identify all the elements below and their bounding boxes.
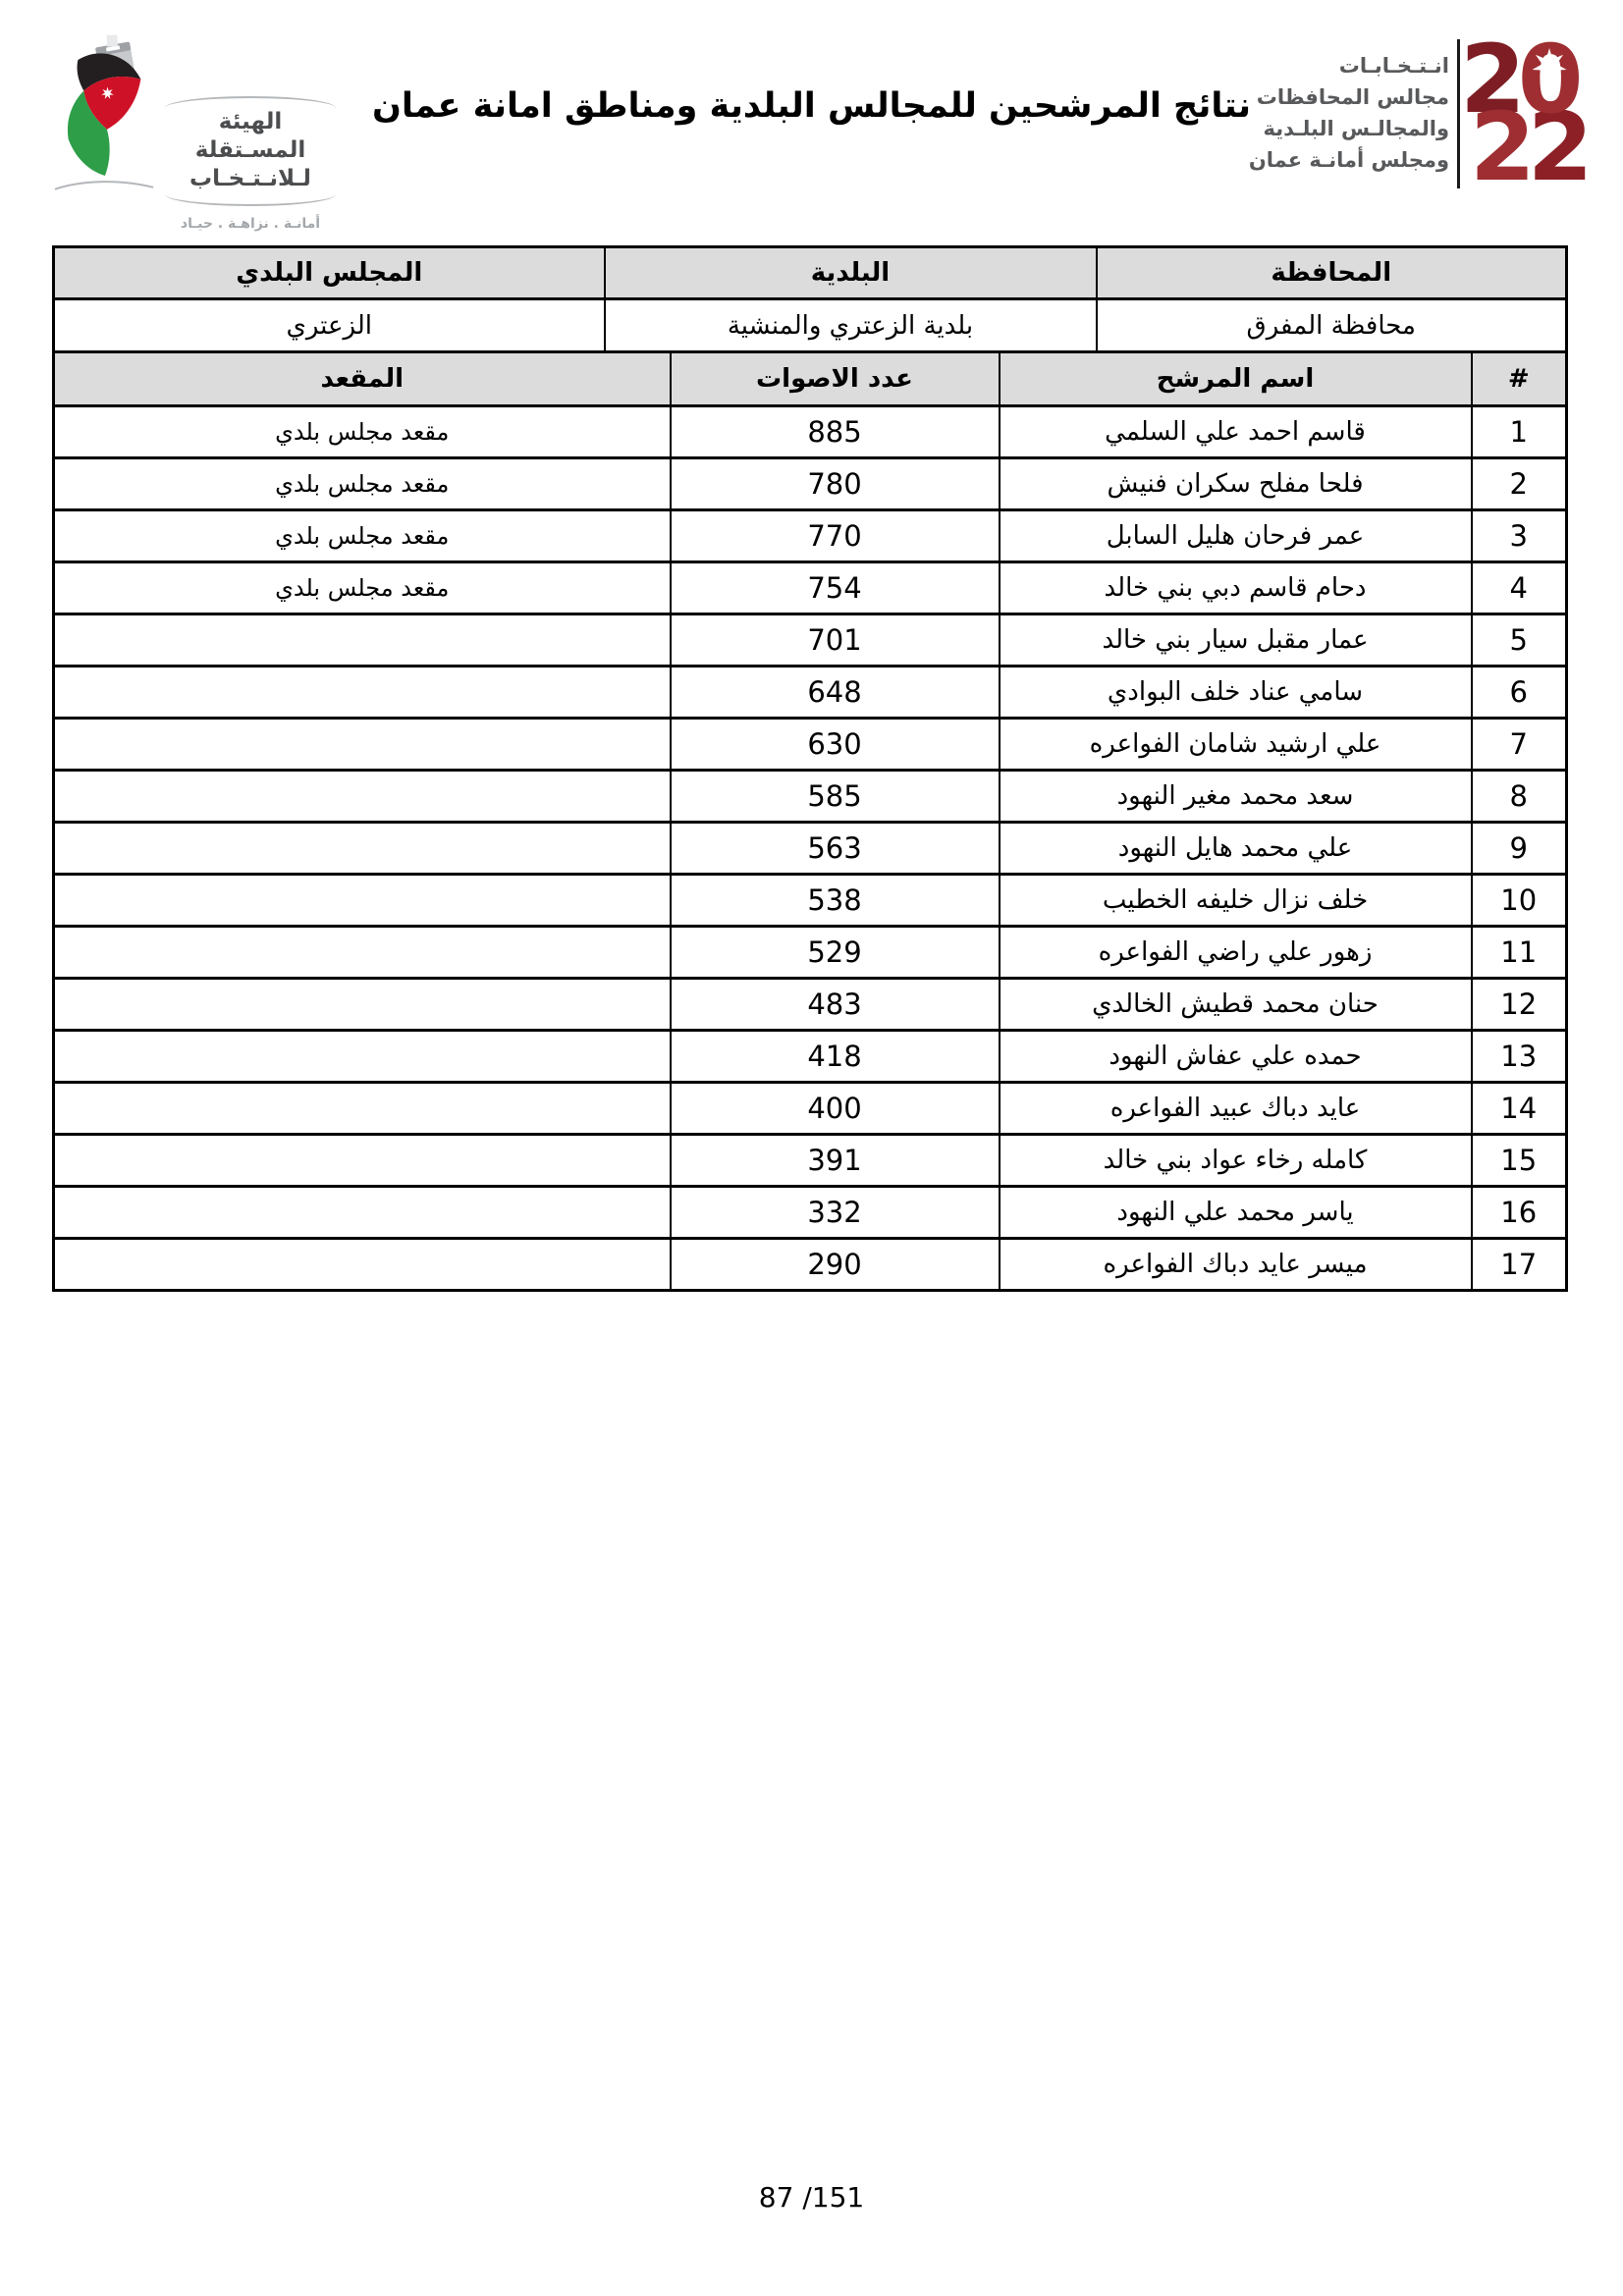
table-row: 16ياسر محمد علي النهود332 xyxy=(54,1187,1567,1239)
vote-count: 391 xyxy=(671,1135,1000,1187)
page-number: 87 /151 xyxy=(0,2181,1623,2214)
vote-count: 418 xyxy=(671,1031,1000,1083)
seat-value xyxy=(54,875,671,927)
table-row: 1قاسم احمد علي السلمي885مقعد مجلس بلدي xyxy=(54,406,1567,458)
table-row: 7علي ارشيد شامان الفواعره630 xyxy=(54,719,1567,771)
vote-count: 780 xyxy=(671,458,1000,510)
vote-count: 400 xyxy=(671,1083,1000,1135)
vote-count: 563 xyxy=(671,823,1000,875)
governorate-header: المحافظة xyxy=(1097,247,1567,299)
candidate-name: زهور علي راضي الفواعره xyxy=(1000,927,1472,979)
seat-value: مقعد مجلس بلدي xyxy=(54,510,671,562)
iec-org-name-line2: لـلانـتـخـاب xyxy=(161,165,340,193)
candidate-name: علي ارشيد شامان الفواعره xyxy=(1000,719,1472,771)
candidate-name: حنان محمد قطيش الخالدي xyxy=(1000,979,1472,1031)
row-number: 11 xyxy=(1472,927,1567,979)
table-row: 11زهور علي راضي الفواعره529 xyxy=(54,927,1567,979)
candidate-name: سامي عناد خلف البوادي xyxy=(1000,667,1472,719)
vote-count: 630 xyxy=(671,719,1000,771)
table-row: 14عايد دباك عبيد الفواعره400 xyxy=(54,1083,1567,1135)
document-page: الهيئة المسـتقلة لـلانـتـخـاب أمانـة . ن… xyxy=(0,0,1623,2296)
row-number: 17 xyxy=(1472,1239,1567,1291)
candidate-name: علي محمد هايل النهود xyxy=(1000,823,1472,875)
row-number: 14 xyxy=(1472,1083,1567,1135)
row-number: 15 xyxy=(1472,1135,1567,1187)
table-row: 5عمار مقبل سيار بني خالد701 xyxy=(54,614,1567,667)
seat-value: مقعد مجلس بلدي xyxy=(54,562,671,614)
row-number: 5 xyxy=(1472,614,1567,667)
results-header-row: # اسم المرشح عدد الاصوات المقعد xyxy=(54,352,1567,406)
seat-value xyxy=(54,1031,671,1083)
row-number: 8 xyxy=(1472,771,1567,823)
row-number: 9 xyxy=(1472,823,1567,875)
seat-header: المقعد xyxy=(54,352,671,406)
vote-count: 585 xyxy=(671,771,1000,823)
vote-count: 483 xyxy=(671,979,1000,1031)
row-number: 13 xyxy=(1472,1031,1567,1083)
candidates-results-table: # اسم المرشح عدد الاصوات المقعد 1قاسم اح… xyxy=(52,350,1568,1292)
candidate-name: سعد محمد مغير النهود xyxy=(1000,771,1472,823)
seat-value xyxy=(54,1187,671,1239)
seat-value xyxy=(54,927,671,979)
table-row: 4دحام قاسم دبي بني خالد754مقعد مجلس بلدي xyxy=(54,562,1567,614)
governorate-value: محافظة المفرق xyxy=(1097,299,1567,352)
candidate-name: عايد دباك عبيد الفواعره xyxy=(1000,1083,1472,1135)
row-number: 6 xyxy=(1472,667,1567,719)
vote-count: 538 xyxy=(671,875,1000,927)
election-text-line4: ومجلس أمانـة عمان xyxy=(1249,145,1449,177)
seat-value xyxy=(54,771,671,823)
row-number: 16 xyxy=(1472,1187,1567,1239)
seat-value: مقعد مجلس بلدي xyxy=(54,406,671,458)
location-info-table: المحافظة البلدية المجلس البلدي محافظة ال… xyxy=(52,245,1568,353)
table-row: 3عمر فرحان هليل السابل770مقعد مجلس بلدي xyxy=(54,510,1567,562)
candidate-name: كامله رخاء عواد بني خالد xyxy=(1000,1135,1472,1187)
table-row: 15كامله رخاء عواد بني خالد391 xyxy=(54,1135,1567,1187)
candidate-name-header: اسم المرشح xyxy=(1000,352,1472,406)
candidate-name: دحام قاسم دبي بني خالد xyxy=(1000,562,1472,614)
seat-value xyxy=(54,719,671,771)
vote-count: 885 xyxy=(671,406,1000,458)
municipality-header: البلدية xyxy=(605,247,1097,299)
council-header: المجلس البلدي xyxy=(54,247,605,299)
row-number: 3 xyxy=(1472,510,1567,562)
row-number: 12 xyxy=(1472,979,1567,1031)
vote-count: 754 xyxy=(671,562,1000,614)
table-row: 9علي محمد هايل النهود563 xyxy=(54,823,1567,875)
arc-decoration xyxy=(165,194,336,206)
candidate-name: ميسر عايد دباك الفواعره xyxy=(1000,1239,1472,1291)
candidate-name: حمده علي عفاش النهود xyxy=(1000,1031,1472,1083)
candidate-name: خلف نزال خليفه الخطيب xyxy=(1000,875,1472,927)
election-text-line2: مجالس المحافظات xyxy=(1249,82,1449,114)
row-number: 2 xyxy=(1472,458,1567,510)
table-row: 8سعد محمد مغير النهود585 xyxy=(54,771,1567,823)
council-value: الزعتري xyxy=(54,299,605,352)
vote-count: 290 xyxy=(671,1239,1000,1291)
municipality-value: بلدية الزعتري والمنشية xyxy=(605,299,1097,352)
vote-count: 701 xyxy=(671,614,1000,667)
seat-value xyxy=(54,1135,671,1187)
election-2022-logo: انـتـخـابـات مجالس المحافظات والمجالـس ا… xyxy=(1237,39,1596,188)
index-header: # xyxy=(1472,352,1567,406)
iec-tagline: أمانـة . نزاهـة . حيـاد xyxy=(161,216,340,232)
seat-value xyxy=(54,823,671,875)
candidate-name: عمار مقبل سيار بني خالد xyxy=(1000,614,1472,667)
candidate-name: فلحا مفلح سكران فنيش xyxy=(1000,458,1472,510)
results-table-body: 1قاسم احمد علي السلمي885مقعد مجلس بلدي2ف… xyxy=(54,406,1567,1291)
year-digit-with-star: 0 xyxy=(1518,25,1576,134)
table-row: 17ميسر عايد دباك الفواعره290 xyxy=(54,1239,1567,1291)
row-number: 4 xyxy=(1472,562,1567,614)
candidate-name: عمر فرحان هليل السابل xyxy=(1000,510,1472,562)
candidate-name: قاسم احمد علي السلمي xyxy=(1000,406,1472,458)
vote-count: 529 xyxy=(671,927,1000,979)
seat-value xyxy=(54,614,671,667)
table-row: 12حنان محمد قطيش الخالدي483 xyxy=(54,979,1567,1031)
table-row: 6سامي عناد خلف البوادي648 xyxy=(54,667,1567,719)
year-2022-mark: 20 22 xyxy=(1460,43,1596,185)
candidate-name: ياسر محمد علي النهود xyxy=(1000,1187,1472,1239)
seat-value xyxy=(54,667,671,719)
info-value-row: محافظة المفرق بلدية الزعتري والمنشية الز… xyxy=(54,299,1567,352)
row-number: 7 xyxy=(1472,719,1567,771)
election-text-line3: والمجالـس البلـدية xyxy=(1249,114,1449,145)
seat-value xyxy=(54,979,671,1031)
table-row: 2فلحا مفلح سكران فنيش780مقعد مجلس بلدي xyxy=(54,458,1567,510)
seat-value: مقعد مجلس بلدي xyxy=(54,458,671,510)
row-number: 1 xyxy=(1472,406,1567,458)
vote-count-header: عدد الاصوات xyxy=(671,352,1000,406)
election-logo-text: انـتـخـابـات مجالس المحافظات والمجالـس ا… xyxy=(1237,51,1449,177)
vote-count: 770 xyxy=(671,510,1000,562)
election-text-line1: انـتـخـابـات xyxy=(1249,51,1449,82)
vote-count: 648 xyxy=(671,667,1000,719)
info-header-row: المحافظة البلدية المجلس البلدي xyxy=(54,247,1567,299)
seat-value xyxy=(54,1239,671,1291)
jordan-star-icon xyxy=(1532,48,1567,83)
table-row: 10خلف نزال خليفه الخطيب538 xyxy=(54,875,1567,927)
table-row: 13حمده علي عفاش النهود418 xyxy=(54,1031,1567,1083)
row-number: 10 xyxy=(1472,875,1567,927)
seat-value xyxy=(54,1083,671,1135)
vote-count: 332 xyxy=(671,1187,1000,1239)
